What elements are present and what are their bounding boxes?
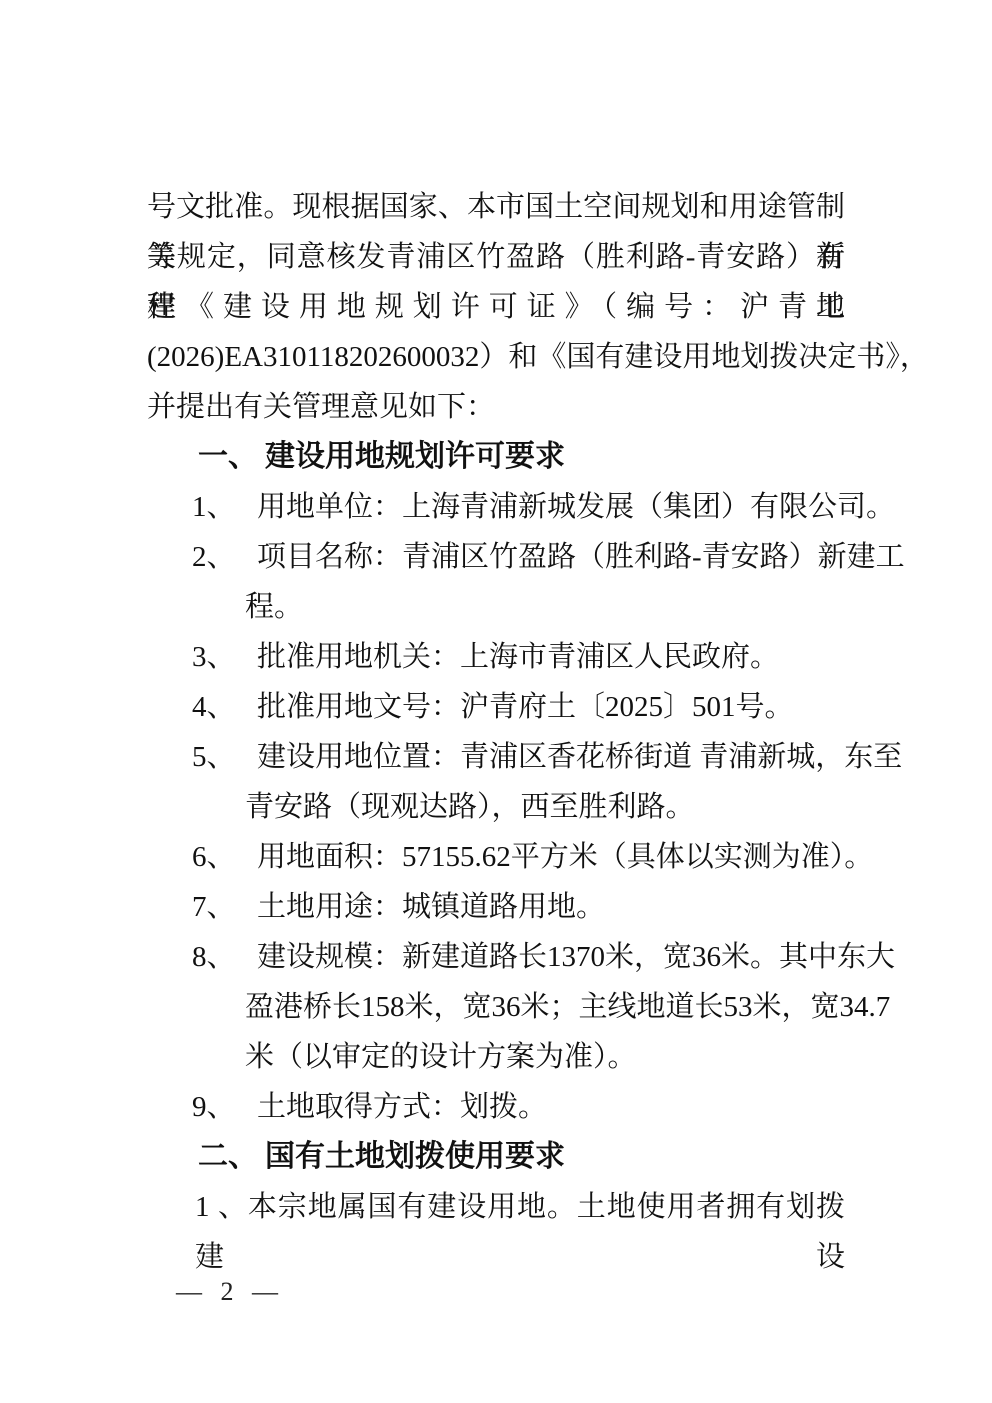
section-2-title: 国有土地划拨使用要求 [265,1140,565,1173]
item-3-text: 批准用地机关：上海市青浦区人民政府。 [257,641,779,673]
list-item-9: 9、土地取得方式：划拨。 [147,1082,845,1132]
item-3-number: 3、 [192,632,257,682]
intro-paragraph-line: 并提出有关管理意见如下： [147,382,845,432]
item-9-text: 土地取得方式：划拨。 [257,1091,547,1123]
item-7-number: 7、 [192,882,257,932]
list-item-7: 7、土地用途：城镇道路用地。 [147,882,845,932]
intro-paragraph-line: 关规定，同意核发青浦区竹盈路（胜利路-青安路）新建工 [147,232,845,282]
list-item-2: 2、项目名称：青浦区竹盈路（胜利路-青安路）新建工 [147,532,845,582]
list-item-5: 5、建设用地位置：青浦区香花桥街道 青浦新城，东至 [147,732,845,782]
item-6-number: 6、 [192,832,257,882]
page-number: — 2 — [176,1272,284,1312]
item-7-text: 土地用途：城镇道路用地。 [257,891,605,923]
item-2-number: 2、 [192,532,257,582]
section-2-heading: 二、国有土地划拨使用要求 [147,1132,845,1182]
item-5-text: 建设用地位置：青浦区香花桥街道 青浦新城，东至 [257,741,902,773]
list-item-3: 3、批准用地机关：上海市青浦区人民政府。 [147,632,845,682]
intro-paragraph-line: 程《建设用地规划许可证》（编号：沪青地 [147,282,845,332]
list-item-2-continuation: 程。 [147,582,845,632]
item-5-number: 5、 [192,732,257,782]
document-body: 号文批准。现根据国家、本市国土空间规划和用途管制等有 关规定，同意核发青浦区竹盈… [147,182,845,1232]
item-2-text: 项目名称：青浦区竹盈路（胜利路-青安路）新建工 [257,541,905,573]
item-1-number: 1、 [192,482,257,532]
item-9-number: 9、 [192,1082,257,1132]
item-4-text: 批准用地文号：沪青府土〔2025〕501号。 [257,691,794,723]
list-item-8-continuation: 米（以审定的设计方案为准）。 [147,1032,845,1082]
list-item-4: 4、批准用地文号：沪青府土〔2025〕501号。 [147,682,845,732]
item-6-text: 用地面积：57155.62平方米（具体以实测为准）。 [257,841,873,873]
section-1-heading: 一、建设用地规划许可要求 [147,432,845,482]
document-page: 号文批准。现根据国家、本市国土空间规划和用途管制等有 关规定，同意核发青浦区竹盈… [0,0,992,1403]
list-item-8-continuation: 盈港桥长158米，宽36米；主线地道长53米，宽34.7 [147,982,845,1032]
intro-paragraph-line: (2026)EA310118202600032）和《国有建设用地划拨决定书》， [147,332,845,382]
section-2-item-1-number: 1、 [195,1182,247,1232]
section-2-item-1-text: 本宗地属国有建设用地。土地使用者拥有划拨建设 [195,1191,845,1273]
section-1-title: 建设用地规划许可要求 [265,440,565,473]
item-8-text: 建设规模：新建道路长1370米，宽36米。其中东大 [257,941,895,973]
list-item-8: 8、建设规模：新建道路长1370米，宽36米。其中东大 [147,932,845,982]
intro-paragraph-line: 号文批准。现根据国家、本市国土空间规划和用途管制等有 [147,182,845,232]
list-item-5-continuation: 青安路（现观达路），西至胜利路。 [147,782,845,832]
list-item-1: 1、用地单位：上海青浦新城发展（集团）有限公司。 [147,482,845,532]
item-4-number: 4、 [192,682,257,732]
list-item-6: 6、用地面积：57155.62平方米（具体以实测为准）。 [147,832,845,882]
item-1-text: 用地单位：上海青浦新城发展（集团）有限公司。 [257,491,895,523]
section-2-number: 二、 [198,1132,265,1182]
section-2-list-item-1: 1、本宗地属国有建设用地。土地使用者拥有划拨建设 [147,1182,845,1232]
section-1-number: 一、 [198,432,265,482]
item-8-number: 8、 [192,932,257,982]
